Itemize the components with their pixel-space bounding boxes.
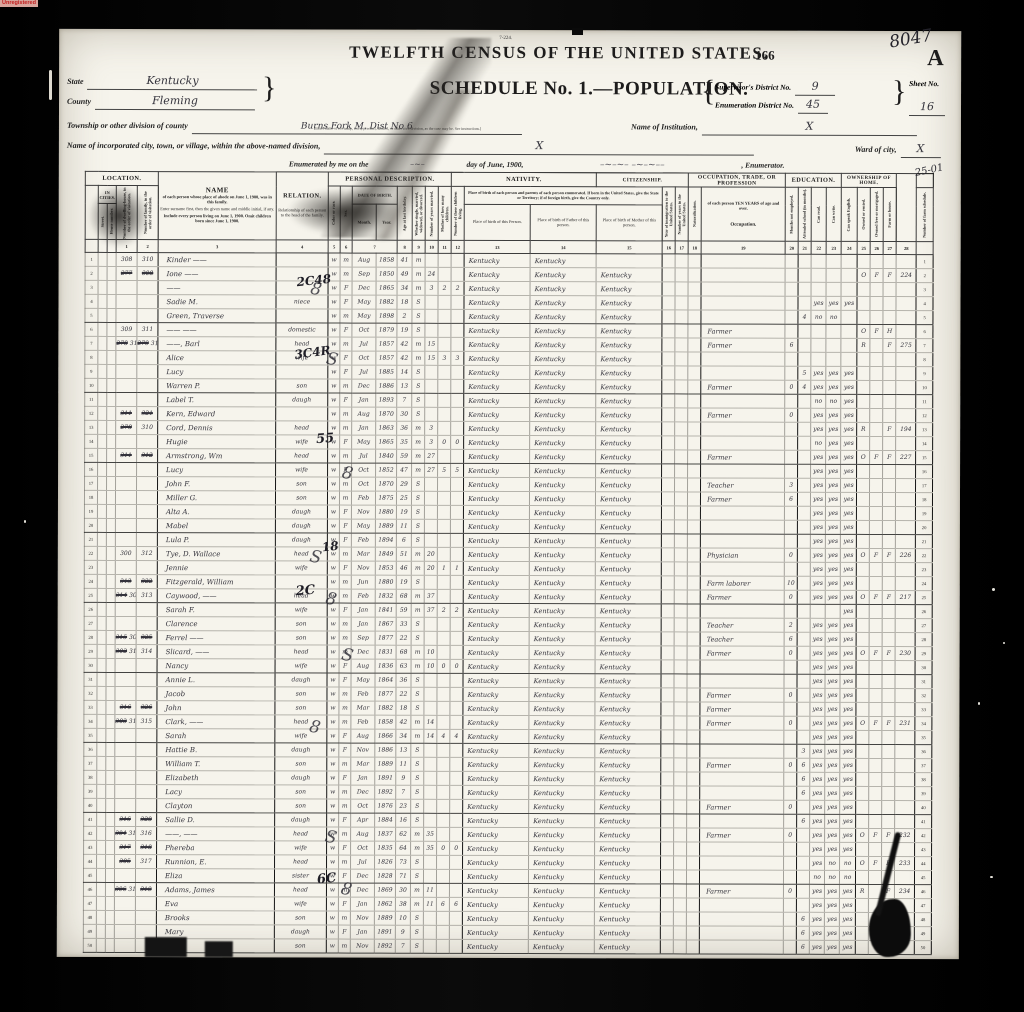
cell: [883, 254, 896, 268]
cell: Kentucky: [463, 603, 529, 617]
line-number: 23: [84, 560, 97, 574]
cell: 1892: [374, 939, 395, 953]
street-cell: [97, 826, 106, 840]
line-number-right: 31: [915, 675, 932, 689]
cell: S: [411, 743, 424, 757]
cell: Kentucky: [530, 254, 596, 268]
cell: [115, 756, 136, 770]
cell: w: [328, 379, 340, 393]
sheet-value: 16: [909, 97, 945, 116]
cell: [661, 646, 674, 660]
house-cell: [107, 462, 116, 476]
cell: w: [327, 771, 339, 785]
cell: 1866: [375, 729, 396, 743]
film-scratch: [49, 70, 52, 100]
line-number: 11: [85, 392, 98, 406]
cell: 318: [136, 841, 157, 855]
cell: [825, 604, 840, 618]
cell: R: [857, 422, 870, 436]
cell: [136, 659, 157, 673]
cell: 311: [137, 323, 158, 337]
cell: [701, 310, 785, 324]
cell: 30: [397, 407, 412, 421]
house-cell: [107, 252, 116, 266]
cell: 308: [116, 252, 137, 266]
cell: no: [826, 310, 841, 324]
cell: 1862: [374, 897, 395, 911]
cell: [785, 282, 798, 296]
cell: 1867: [375, 617, 396, 631]
cell: yes: [825, 800, 840, 814]
annotation-code: 2C: [295, 583, 316, 600]
cell: 0: [451, 435, 464, 449]
cell: 1858: [376, 253, 397, 267]
cell: [135, 897, 156, 911]
cell: [425, 365, 438, 379]
cell: [699, 912, 783, 926]
cell: 231: [895, 717, 915, 731]
cell: [895, 815, 915, 829]
cell: [688, 506, 701, 520]
cell: ——: [158, 281, 276, 295]
cell: yes: [825, 590, 840, 604]
cell: [826, 324, 841, 338]
cell: 2: [437, 603, 450, 617]
cell: m: [339, 855, 351, 869]
house-cell: [105, 924, 114, 938]
cell: [115, 518, 136, 532]
cell: 322: [136, 575, 157, 589]
cell: [841, 254, 857, 268]
cell: 20: [424, 547, 437, 561]
cell: son: [275, 701, 327, 715]
cell: 35: [397, 435, 412, 449]
cell: m: [340, 337, 352, 351]
cell: [856, 660, 869, 674]
cell: [784, 730, 797, 744]
cell: [798, 324, 811, 338]
house-cell: [107, 308, 116, 322]
cell: Cord, Dennis: [158, 421, 276, 435]
cell: May: [352, 435, 376, 449]
cell: Kentucky: [529, 884, 595, 898]
cell: [882, 730, 895, 744]
cell: 1826: [375, 855, 396, 869]
cell: [895, 703, 915, 717]
street-cell: [96, 882, 105, 896]
cell: [857, 408, 870, 422]
cell: [797, 590, 810, 604]
cell: [826, 254, 841, 268]
column-number: 8: [397, 240, 412, 253]
cell: Farmer: [701, 408, 785, 422]
cell: H: [883, 324, 896, 338]
cell: [688, 408, 701, 422]
cell: Kentucky: [464, 267, 530, 281]
cell: [688, 478, 701, 492]
cell: S: [411, 701, 424, 715]
cell: w: [327, 575, 339, 589]
cell: Kentucky: [463, 785, 529, 799]
institution-line: Name of Institution, X: [631, 116, 917, 136]
cell: Runnion, E.: [157, 855, 275, 869]
cell: m: [340, 407, 352, 421]
cell: Kentucky: [529, 870, 595, 884]
cell: 310: [137, 421, 158, 435]
cell: [797, 632, 810, 646]
cell: m: [339, 701, 351, 715]
cell: [883, 380, 896, 394]
street-cell: [97, 560, 106, 574]
cell: Mar: [351, 757, 375, 771]
cell: [869, 744, 882, 758]
line-number: 14: [85, 434, 98, 448]
cell: [785, 268, 798, 282]
cell: [882, 618, 895, 632]
cell: [700, 842, 784, 856]
cell: [662, 436, 675, 450]
cell: yes: [840, 772, 856, 786]
cell: [883, 282, 896, 296]
cell: [701, 464, 785, 478]
cell: [785, 352, 798, 366]
cell: [797, 898, 810, 912]
line-number: 10: [85, 378, 98, 392]
cell: yes: [826, 492, 841, 506]
cell: 1852: [376, 463, 397, 477]
cell: 278: [116, 420, 137, 434]
ward-line: Ward of city, X: [855, 139, 941, 158]
cell: Kentucky: [596, 338, 662, 352]
cell: m: [339, 827, 351, 841]
cell: 59: [396, 603, 411, 617]
cell: William T.: [157, 757, 275, 771]
cell: [869, 618, 882, 632]
cell: [449, 939, 462, 953]
cell: w: [326, 925, 338, 939]
cell: F: [870, 450, 883, 464]
house-cell: [106, 672, 115, 686]
cell: [675, 366, 688, 380]
house-cell: [107, 350, 116, 364]
cell: [856, 562, 869, 576]
col-years-us-header: Number of years in the United States.: [675, 187, 688, 241]
cell: [895, 745, 915, 759]
cell: Farmer: [701, 380, 785, 394]
cell: S: [411, 687, 424, 701]
line-number-header-right: [896, 174, 916, 242]
ink-blot: [869, 899, 911, 957]
cell: [797, 646, 810, 660]
cell: Jennie: [157, 561, 275, 575]
cell: [438, 323, 451, 337]
street-cell: [98, 350, 107, 364]
cell: Kentucky: [596, 282, 662, 296]
cell: [425, 407, 438, 421]
street-cell: [97, 602, 106, 616]
street-cell: [97, 742, 106, 756]
line-number-right: 23: [915, 563, 932, 577]
cell: Alta A.: [157, 505, 275, 519]
cell: [785, 254, 798, 268]
house-cell: [107, 280, 116, 294]
cell: [451, 491, 464, 505]
column-number: 27: [883, 241, 896, 254]
cell: S: [411, 617, 424, 631]
cell: Kentucky: [596, 310, 662, 324]
cell: S: [411, 799, 424, 813]
cell: Kentucky: [595, 800, 661, 814]
cell: Kentucky: [462, 939, 528, 953]
cell: [276, 365, 328, 379]
group-citizenship: CITIZENSHIP.: [596, 173, 688, 187]
pob-father-header: Place of birth of Father of this person.: [530, 205, 596, 241]
cell: yes: [840, 590, 856, 604]
cell: F: [339, 743, 351, 757]
cell: [798, 268, 811, 282]
cell: [785, 506, 798, 520]
cell: [116, 476, 137, 490]
cell: [438, 393, 451, 407]
cell: O: [857, 324, 870, 338]
line-number: 1: [85, 252, 98, 266]
column-number: 15: [596, 241, 662, 254]
cell: daugh: [275, 533, 327, 547]
cell: Kentucky: [596, 464, 662, 478]
cell: [137, 477, 158, 491]
cell: [687, 800, 700, 814]
line-number-right: 38: [915, 773, 932, 787]
cell: m: [339, 799, 351, 813]
cell: S: [411, 673, 424, 687]
cell: 7: [396, 785, 411, 799]
cell: [857, 464, 870, 478]
cell: [896, 409, 916, 423]
cell: daugh: [274, 925, 326, 939]
cell: Kentucky: [530, 506, 596, 520]
cell: May: [352, 309, 376, 323]
line-number: 36: [84, 742, 97, 756]
corner-letter: A: [927, 45, 944, 71]
cell: [688, 436, 701, 450]
cell: [661, 674, 674, 688]
cell: [136, 799, 157, 813]
cell: [701, 394, 785, 408]
cell: 1886: [375, 743, 396, 757]
cell: m: [411, 645, 424, 659]
cell: [882, 702, 895, 716]
cell: [674, 814, 687, 828]
cell: [662, 478, 675, 492]
cell: Caywood, ——: [157, 589, 275, 603]
cell: yes: [841, 492, 857, 506]
cell: Kentucky: [463, 715, 529, 729]
cell: Lucy: [158, 365, 276, 379]
line-number: 26: [84, 602, 97, 616]
cell: [688, 352, 701, 366]
cell: [841, 352, 857, 366]
street-cell: [97, 700, 106, 714]
cell: F: [882, 716, 895, 730]
line-number-right: 6: [916, 325, 933, 339]
line-number-right: 39: [915, 787, 932, 801]
cell: w: [327, 561, 339, 575]
cell: 1886: [376, 379, 397, 393]
cell: 314: [136, 645, 157, 659]
line-number: 29: [84, 644, 97, 658]
cell: yes: [825, 828, 840, 842]
cell: 0: [784, 646, 797, 660]
cell: [785, 520, 798, 534]
cell: 10: [424, 645, 437, 659]
cell: [115, 560, 136, 574]
cell: [136, 533, 157, 547]
street-cell: [96, 938, 105, 952]
street-cell: [98, 392, 107, 406]
line-number-right: 11: [916, 395, 933, 409]
line-number-right: 46: [915, 885, 932, 899]
cell: Kentucky: [463, 743, 529, 757]
cell: [686, 940, 699, 954]
house-cell: [105, 868, 114, 882]
cell: [687, 548, 700, 562]
cell: Mabel: [157, 519, 275, 533]
cell: [700, 744, 784, 758]
line-number-right: 33: [915, 703, 932, 717]
cell: 3: [425, 281, 438, 295]
cell: [688, 268, 701, 282]
cell: O: [856, 716, 869, 730]
cell: [856, 842, 869, 856]
cell: Kentucky: [530, 408, 596, 422]
cell: m: [339, 687, 351, 701]
line-number-right: 22: [915, 549, 932, 563]
cell: 42: [396, 715, 411, 729]
cell: 4: [450, 729, 463, 743]
cell: Kentucky: [596, 366, 662, 380]
cell: F: [339, 519, 351, 533]
line-number-right: 26: [915, 605, 932, 619]
cell: [896, 297, 916, 311]
cell: Miller G.: [157, 491, 275, 505]
cell: w: [328, 463, 340, 477]
line-number-right: 42: [915, 829, 932, 843]
house-cell: [106, 854, 115, 868]
cell: [436, 939, 449, 953]
line-number: 44: [84, 854, 97, 868]
cell: [662, 282, 675, 296]
cell: [882, 800, 895, 814]
cell: 1879: [376, 323, 397, 337]
cell: Kentucky: [528, 926, 594, 940]
cell: Farmer: [700, 884, 784, 898]
cell: yes: [840, 604, 856, 618]
cell: Kentucky: [595, 730, 661, 744]
cell: [675, 296, 688, 310]
cell: Kentucky: [595, 688, 661, 702]
cell: [687, 590, 700, 604]
cell: 1840: [376, 449, 397, 463]
cell: [785, 436, 798, 450]
cell: yes: [840, 814, 856, 828]
cell: [701, 268, 785, 282]
cell: [701, 422, 785, 436]
cell: Kentucky: [596, 492, 662, 506]
enumerator-signature: –~–~– –~–~––: [527, 154, 737, 174]
cell: 3: [425, 435, 438, 449]
cell: 0: [785, 408, 798, 422]
cell: [437, 491, 450, 505]
cell: 14: [424, 729, 437, 743]
line-number: 41: [84, 812, 97, 826]
house-cell: [106, 588, 115, 602]
cell: [811, 254, 826, 268]
cell: [883, 436, 896, 450]
cell: [137, 463, 158, 477]
cell: S: [412, 393, 425, 407]
cell: [896, 465, 916, 479]
cell: 10: [784, 576, 797, 590]
cell: yes: [826, 506, 841, 520]
cell: [674, 786, 687, 800]
group-education: EDUCATION.: [785, 173, 841, 187]
cell: [688, 394, 701, 408]
cell: Kentucky: [463, 897, 529, 911]
cell: [675, 492, 688, 506]
cell: 2: [784, 618, 797, 632]
cell: [882, 576, 895, 590]
cell: [882, 758, 895, 772]
cell: yes: [839, 940, 855, 954]
cell: [798, 338, 811, 352]
cell: 0: [784, 800, 797, 814]
cell: [451, 519, 464, 533]
cell: Farmer: [700, 702, 784, 716]
house-cell: [106, 630, 115, 644]
cell: [870, 310, 883, 324]
cell: w: [328, 407, 340, 421]
cell: 6: [785, 492, 798, 506]
cell: 310: [137, 253, 158, 267]
cell: head: [275, 645, 327, 659]
cell: [450, 589, 463, 603]
cell: May: [352, 295, 376, 309]
cell: [870, 366, 883, 380]
cell: 1865: [376, 281, 397, 295]
cell: Kentucky: [594, 926, 660, 940]
cell: m: [412, 253, 425, 267]
cell: [674, 898, 687, 912]
group-location: LOCATION.: [85, 171, 158, 185]
line-number-right: 16: [916, 465, 933, 479]
cell: Kentucky: [529, 786, 595, 800]
cell: Dec: [352, 281, 376, 295]
cell: 313: [115, 574, 136, 588]
cell: wife: [275, 841, 327, 855]
cell: [661, 786, 674, 800]
line-number-right: 32: [915, 689, 932, 703]
cell: 1892: [375, 785, 396, 799]
cell: w: [327, 855, 339, 869]
street-cell: [98, 266, 107, 280]
cell: [687, 632, 700, 646]
line-number-right: 3: [916, 283, 933, 297]
cell: ——, Barl: [158, 337, 276, 351]
cell: 326: [136, 701, 157, 715]
right-brace-open: {: [701, 75, 715, 109]
cell: Kentucky: [595, 744, 661, 758]
cell: S: [412, 323, 425, 337]
